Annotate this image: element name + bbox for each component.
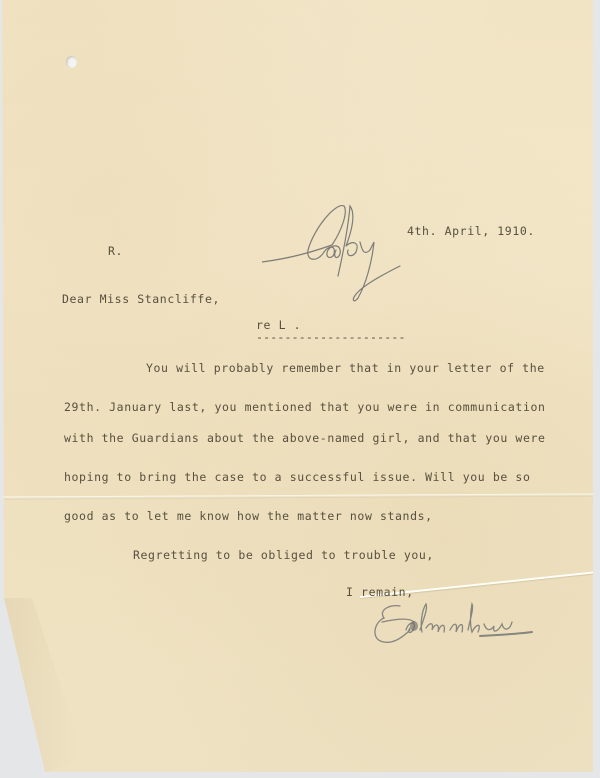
- subject-underline: ---------------------: [256, 330, 406, 344]
- body-line: with the Guardians about the above-named…: [64, 431, 546, 445]
- scanned-page: 4th. April, 1910. R. Dear Miss Stancliff…: [0, 0, 600, 778]
- letter-paper: 4th. April, 1910. R. Dear Miss Stancliff…: [0, 0, 593, 772]
- letter-date: 4th. April, 1910.: [407, 224, 535, 238]
- punch-hole: [66, 56, 77, 68]
- body-line: hoping to bring the case to a successful…: [64, 470, 530, 484]
- closing-line: Regretting to be obliged to trouble you,: [133, 548, 434, 562]
- body-line: good as to let me know how the matter no…: [64, 509, 433, 523]
- handwritten-signature: [370, 600, 535, 650]
- horizontal-fold: [0, 493, 593, 499]
- copy-handwritten-mark: [262, 200, 402, 305]
- body-line: 29th. January last, you mentioned that y…: [64, 400, 546, 414]
- recipient-initial: R.: [108, 244, 123, 258]
- salutation: Dear Miss Stancliffe,: [62, 292, 220, 306]
- folded-corner: [4, 598, 84, 773]
- body-line: You will probably remember that in your …: [146, 361, 545, 375]
- valediction: I remain,: [346, 585, 414, 599]
